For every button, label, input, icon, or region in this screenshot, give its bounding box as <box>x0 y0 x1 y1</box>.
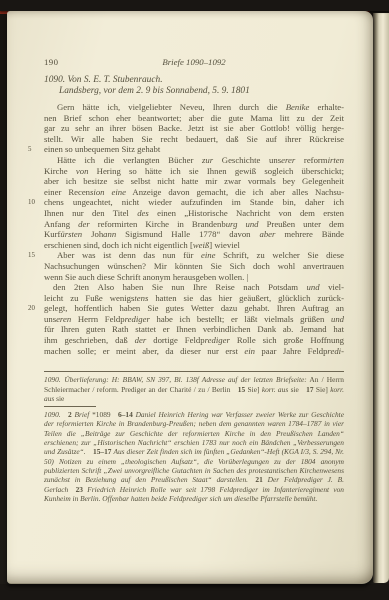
body-line-text: gar zu sehr an ihrer bösen Backe. Jetzt … <box>44 123 344 133</box>
body-line: für Ihren guten Rath stattet er Ihnen ve… <box>44 324 344 335</box>
body-line: Anfang der reformirten Kirche in Branden… <box>44 219 344 230</box>
body-line: 10chens ungeachtet, nicht wieder aufzufi… <box>44 197 344 208</box>
body-line: ihm geschrieben, daß der dortige Feldpre… <box>44 335 344 346</box>
body-line: aber ich besitze sie selbst nicht hatte … <box>44 176 344 187</box>
body-line-text: ihm geschrieben, daß der dortige Feldpre… <box>44 335 344 345</box>
body-line-text: unseren Herrn Feldprediger habe ich best… <box>44 314 344 324</box>
line-number: 10 <box>28 198 41 208</box>
body-line-text: Nachsuchungen wünschen? Mir könnten Sie … <box>44 261 344 271</box>
body-line: Gern hätte ich, vielgeliebter Neveu, Ihr… <box>44 102 344 113</box>
body-line-text: den 2ten Also haben Sie nun Ihre Reise n… <box>53 282 344 292</box>
letter-body: Gern hätte ich, vielgeliebter Neveu, Ihr… <box>44 102 344 356</box>
body-line: stellt. Wir alle haben Sie recht bedauer… <box>44 134 344 145</box>
body-line: gar zu sehr an ihrer bösen Backe. Jetzt … <box>44 123 344 134</box>
body-line-text: wenn Sie auch diese Schrift anonym herau… <box>44 272 248 282</box>
body-line-text: erschienen sind, doch ich nicht eigentli… <box>44 240 240 250</box>
body-line: unseren Herrn Feldprediger habe ich best… <box>44 314 344 325</box>
body-line: den 2ten Also haben Sie nun Ihre Reise n… <box>44 282 344 293</box>
body-line-text: machen solle; er meint aber, da dieser n… <box>44 346 344 356</box>
line-number: 20 <box>28 304 41 314</box>
body-line-text: Kirche von Hering so hätte ich sie Ihnen… <box>44 166 344 176</box>
body-line-text: chens ungeachtet, nicht wieder aufzufind… <box>44 197 344 207</box>
body-line: erschienen sind, doch ich nicht eigentli… <box>44 240 344 251</box>
body-line: leicht zu Fuße wenigstens hatten sie das… <box>44 293 344 304</box>
body-line-text: Aber was ist denn das nun für eine Schri… <box>57 250 344 260</box>
book-scan: 190 Briefe 1090–1092 1090. Von S. E. T. … <box>0 0 389 600</box>
body-line: wenn Sie auch diese Schrift anonym herau… <box>44 272 344 283</box>
page-content: 190 Briefe 1090–1092 1090. Von S. E. T. … <box>7 11 373 503</box>
body-line-text: einen so unbequemen Sitz gehabt <box>44 144 160 154</box>
body-line: Hätte ich die verlangten Bücher zur Gesc… <box>44 155 344 166</box>
body-line: einer Recension eine Anzeige davon gemac… <box>44 187 344 198</box>
body-line: Ihnen nur den Titel des einen „Historisc… <box>44 208 344 219</box>
body-line-text: Hätte ich die verlangten Bücher zur Gesc… <box>57 155 344 165</box>
scan-bottom-bar <box>0 584 389 600</box>
body-line-text: gelegt, hoffentlich haben Sie gutes Wett… <box>44 303 344 313</box>
body-line: nen Brief schon eher beantwortet; aber d… <box>44 113 344 124</box>
body-line-text: Ihnen nur den Titel des einen „Historisc… <box>44 208 344 218</box>
body-line: 5einen so unbequemen Sitz gehabt <box>44 144 344 155</box>
body-line-text: nen Brief schon eher beantwortet; aber d… <box>44 113 344 123</box>
body-line-text: aber ich besitze sie selbst nicht hatte … <box>44 176 344 186</box>
body-line-text: für Ihren guten Rath stattet er Ihnen ve… <box>44 324 344 334</box>
scan-top-bar <box>0 0 389 11</box>
body-line-text: Gern hätte ich, vielgeliebter Neveu, Ihr… <box>57 102 344 112</box>
line-number: 5 <box>28 145 41 155</box>
letter-heading-number-author: 1090. Von S. E. T. Stubenrauch. <box>44 75 344 86</box>
body-line-text: Anfang der reformirten Kirche in Branden… <box>44 219 344 229</box>
apparatus-rule <box>44 371 344 372</box>
textual-apparatus: 1090. Überlieferung: H: BBAW, SN 397, Bl… <box>44 375 344 403</box>
letter-heading: 1090. Von S. E. T. Stubenrauch. Landsber… <box>44 75 344 97</box>
body-line-text: stellt. Wir alle haben Sie recht bedauer… <box>44 134 344 144</box>
body-line-text: Kurfürsten Johann Sigismund Halle 1778“ … <box>44 229 344 239</box>
running-title: Briefe 1090–1092 <box>44 57 344 67</box>
footnote-separator <box>44 406 96 407</box>
body-line: machen solle; er meint aber, da dieser n… <box>44 346 344 357</box>
line-number: 15 <box>28 251 41 261</box>
body-line: Kurfürsten Johann Sigismund Halle 1778“ … <box>44 229 344 240</box>
body-line-text: leicht zu Fuße wenigstens hatten sie das… <box>44 293 344 303</box>
body-line: 15Aber was ist denn das nun für eine Sch… <box>44 250 344 261</box>
body-line: Nachsuchungen wünschen? Mir könnten Sie … <box>44 261 344 272</box>
editorial-commentary: 1090. 2 Brief *1089 6–14 Daniel Heinrich… <box>44 410 344 503</box>
letter-heading-place-date: Landsberg, vor dem 2. 9 bis Sonnabend, 5… <box>44 86 344 97</box>
page-fore-edge <box>373 13 389 583</box>
body-line: 20gelegt, hoffentlich haben Sie gutes We… <box>44 303 344 314</box>
page-header: 190 Briefe 1090–1092 <box>44 57 344 68</box>
book-page: 190 Briefe 1090–1092 1090. Von S. E. T. … <box>7 11 373 584</box>
body-line-text: einer Recension eine Anzeige davon gemac… <box>44 187 344 197</box>
body-line: Kirche von Hering so hätte ich sie Ihnen… <box>44 166 344 177</box>
